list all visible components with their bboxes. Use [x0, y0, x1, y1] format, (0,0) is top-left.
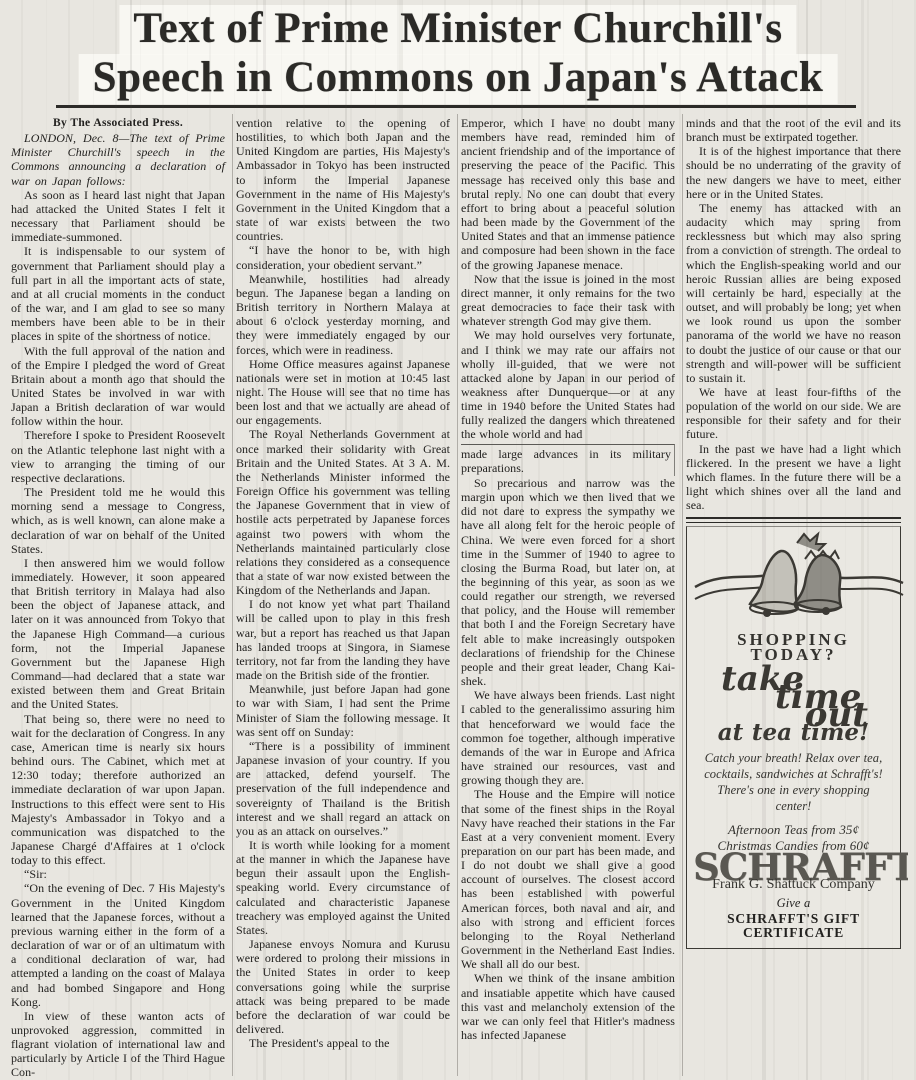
article-paragraph: In the past we have had a light which fl… — [686, 442, 901, 513]
ad-company-name: Frank G. Shattuck Company — [693, 878, 894, 892]
article-paragraph: The President told me he would this morn… — [11, 485, 225, 556]
christmas-bells-icon — [693, 529, 905, 625]
ad-script-teatime: at tea time! — [693, 726, 894, 740]
headline-rule — [56, 105, 856, 108]
ad-body-copy: Catch your breath! Relax over tea, cockt… — [701, 750, 886, 814]
article-paragraph: made large advances in its military prep… — [461, 444, 675, 476]
article-paragraph: So precarious and narrow was the margin … — [461, 476, 675, 688]
article-column-4: minds and that the root of the evil and … — [683, 114, 908, 1076]
article-paragraph: minds and that the root of the evil and … — [686, 116, 901, 144]
newspaper-page: { "headline": { "line1": "Text of Prime … — [0, 0, 916, 1080]
schraffts-advertisement: SHOPPING TODAY? take time out at tea tim… — [686, 526, 901, 949]
article-paragraph: Therefore I spoke to President Roosevelt… — [11, 428, 225, 485]
article-paragraph: Home Office measures against Japanese na… — [236, 357, 450, 428]
article-paragraph: With the full approval of the nation and… — [11, 344, 225, 429]
ad-give-a: Give a — [693, 896, 894, 910]
article-column-2: vention relative to the opening of hosti… — [233, 114, 458, 1076]
article-paragraph: Meanwhile, hostilities had already begun… — [236, 272, 450, 357]
article-paragraph: It is of the highest importance that the… — [686, 144, 901, 201]
schraffts-logo: SCHRAFFT'S — [693, 860, 894, 874]
article-paragraph: I then answered him we would follow imme… — [11, 556, 225, 712]
article-paragraph: It is indispensable to our system of gov… — [11, 244, 225, 343]
article-paragraph: Meanwhile, just before Japan had gone to… — [236, 682, 450, 739]
article-paragraph: “I have the honor to be, with high consi… — [236, 243, 450, 271]
ad-headline: SHOPPING TODAY? — [693, 633, 894, 661]
article-paragraph: That being so, there were no need to wai… — [11, 712, 225, 868]
article-paragraph: We have at least four-fifths of the popu… — [686, 385, 901, 442]
article-paragraph: “There is a possibility of imminent Japa… — [236, 739, 450, 838]
article-paragraph: Now that the issue is joined in the most… — [461, 272, 675, 329]
article-paragraph: When we think of the insane ambition and… — [461, 971, 675, 1042]
masthead: Text of Prime Minister Churchill's Speec… — [0, 0, 916, 112]
article-paragraph: Japanese envoys Nomura and Kurusu were o… — [236, 937, 450, 1036]
article-paragraph: I do not know yet what part Thailand wil… — [236, 597, 450, 682]
article-paragraph: “On the evening of Dec. 7 His Majesty's … — [11, 881, 225, 1008]
article-paragraph: The Royal Netherlands Government at once… — [236, 427, 450, 597]
article-paragraph: Emperor, which I have no doubt many memb… — [461, 116, 675, 272]
article-column-3: Emperor, which I have no doubt many memb… — [458, 114, 683, 1076]
ad-gift-certificate: SCHRAFFT'S GIFT CERTIFICATE — [693, 912, 894, 940]
headline-line-1: Text of Prime Minister Churchill's — [119, 5, 796, 55]
article-paragraph: It is worth while looking for a moment a… — [236, 838, 450, 937]
article-column-1: By The Associated Press.LONDON, Dec. 8—T… — [8, 114, 233, 1076]
article-paragraph: We may hold ourselves very fortunate, an… — [461, 328, 675, 441]
article-paragraph: In view of these wanton acts of unprovok… — [11, 1009, 225, 1076]
article-paragraph: The enemy has attacked with an audacity … — [686, 201, 901, 385]
article-paragraph: The President's appeal to the — [236, 1036, 450, 1050]
article-paragraph: As soon as I heard last night that Japan… — [11, 188, 225, 245]
headline-line-2: Speech in Commons on Japan's Attack — [79, 54, 838, 104]
article-paragraph: We have always been friends. Last night … — [461, 688, 675, 787]
article-paragraph: LONDON, Dec. 8—The text of Prime Ministe… — [11, 131, 225, 188]
ad-price-teas: Afternoon Teas from 35¢ — [693, 822, 894, 838]
byline: By The Associated Press. — [11, 116, 225, 130]
article-body: By The Associated Press.LONDON, Dec. 8—T… — [8, 114, 910, 1076]
article-paragraph: “Sir: — [11, 867, 225, 881]
article-column-4-text: minds and that the root of the evil and … — [686, 116, 901, 512]
article-paragraph: The House and the Empire will notice tha… — [461, 787, 675, 971]
article-end-rule — [686, 517, 901, 523]
article-paragraph: vention relative to the opening of hosti… — [236, 116, 450, 243]
